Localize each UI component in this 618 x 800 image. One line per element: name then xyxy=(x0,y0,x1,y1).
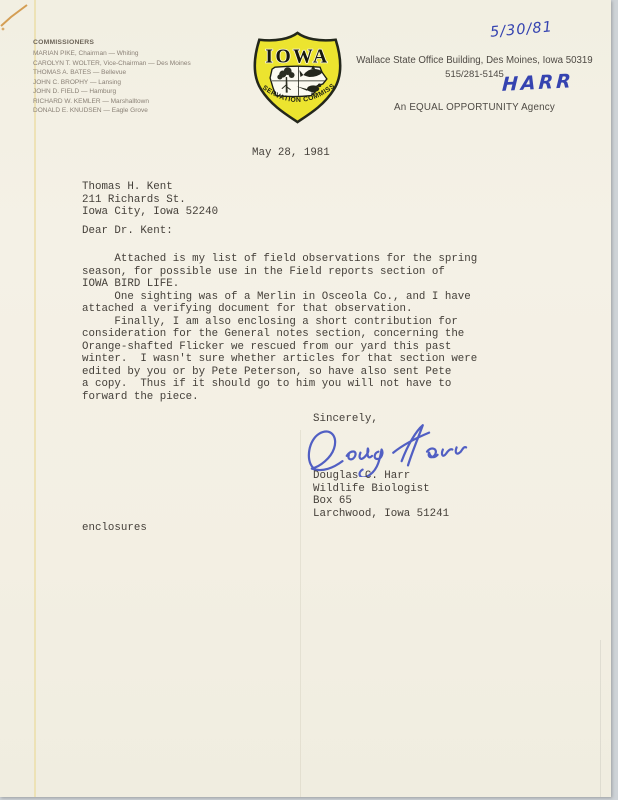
commissioners-list: COMMISSIONERS MARIAN PIKE, Chairman — Wh… xyxy=(33,39,223,116)
badge-state-text: IOWA xyxy=(265,46,329,67)
signature-doug-harr: Doug Harr xyxy=(302,421,477,477)
commissioner-entry: CAROLYN T. WOLTER, Vice-Chairman — Des M… xyxy=(33,59,223,69)
commissioners-heading: COMMISSIONERS xyxy=(33,39,223,46)
commissioner-entry: JOHN D. FIELD — Hamburg xyxy=(33,87,223,97)
office-address: Wallace State Office Building, Des Moine… xyxy=(352,55,597,67)
letter-date: May 28, 1981 xyxy=(252,147,330,160)
iowa-conservation-commission-badge-icon: IOWA CONSERVATION COMMISSION xyxy=(246,30,349,124)
handwritten-date: 5/30/81 xyxy=(489,19,553,40)
rust-scratch-mark xyxy=(0,0,40,40)
salutation: Dear Dr. Kent: xyxy=(82,225,173,238)
recipient-address: Thomas H. Kent 211 Richards St. Iowa Cit… xyxy=(82,181,218,219)
commissioner-entry: MARIAN PIKE, Chairman — Whiting xyxy=(33,49,223,59)
commissioner-entry: THOMAS A. BATES — Bellevue xyxy=(33,68,223,78)
scanned-letter-page: COMMISSIONERS MARIAN PIKE, Chairman — Wh… xyxy=(0,0,611,797)
paper-fold-line xyxy=(34,0,36,797)
equal-opportunity-line: An EQUAL OPPORTUNITY Agency xyxy=(352,102,597,113)
paper-crease xyxy=(600,640,601,797)
commissioner-entry: RICHARD W. KEMLER — Marshalltown xyxy=(33,97,223,107)
commissioner-entry: JOHN C. BROPHY — Lansing xyxy=(33,78,223,88)
signer-identity-block: Douglas C. Harr Wildlife Biologist Box 6… xyxy=(313,470,449,520)
handwritten-name: HARR xyxy=(501,70,574,96)
paper-crease xyxy=(300,430,301,797)
letter-body: Attached is my list of field observation… xyxy=(82,253,477,404)
commissioner-entry: DONALD E. KNUDSEN — Eagle Grove xyxy=(33,106,223,116)
enclosures-note: enclosures xyxy=(82,522,147,535)
